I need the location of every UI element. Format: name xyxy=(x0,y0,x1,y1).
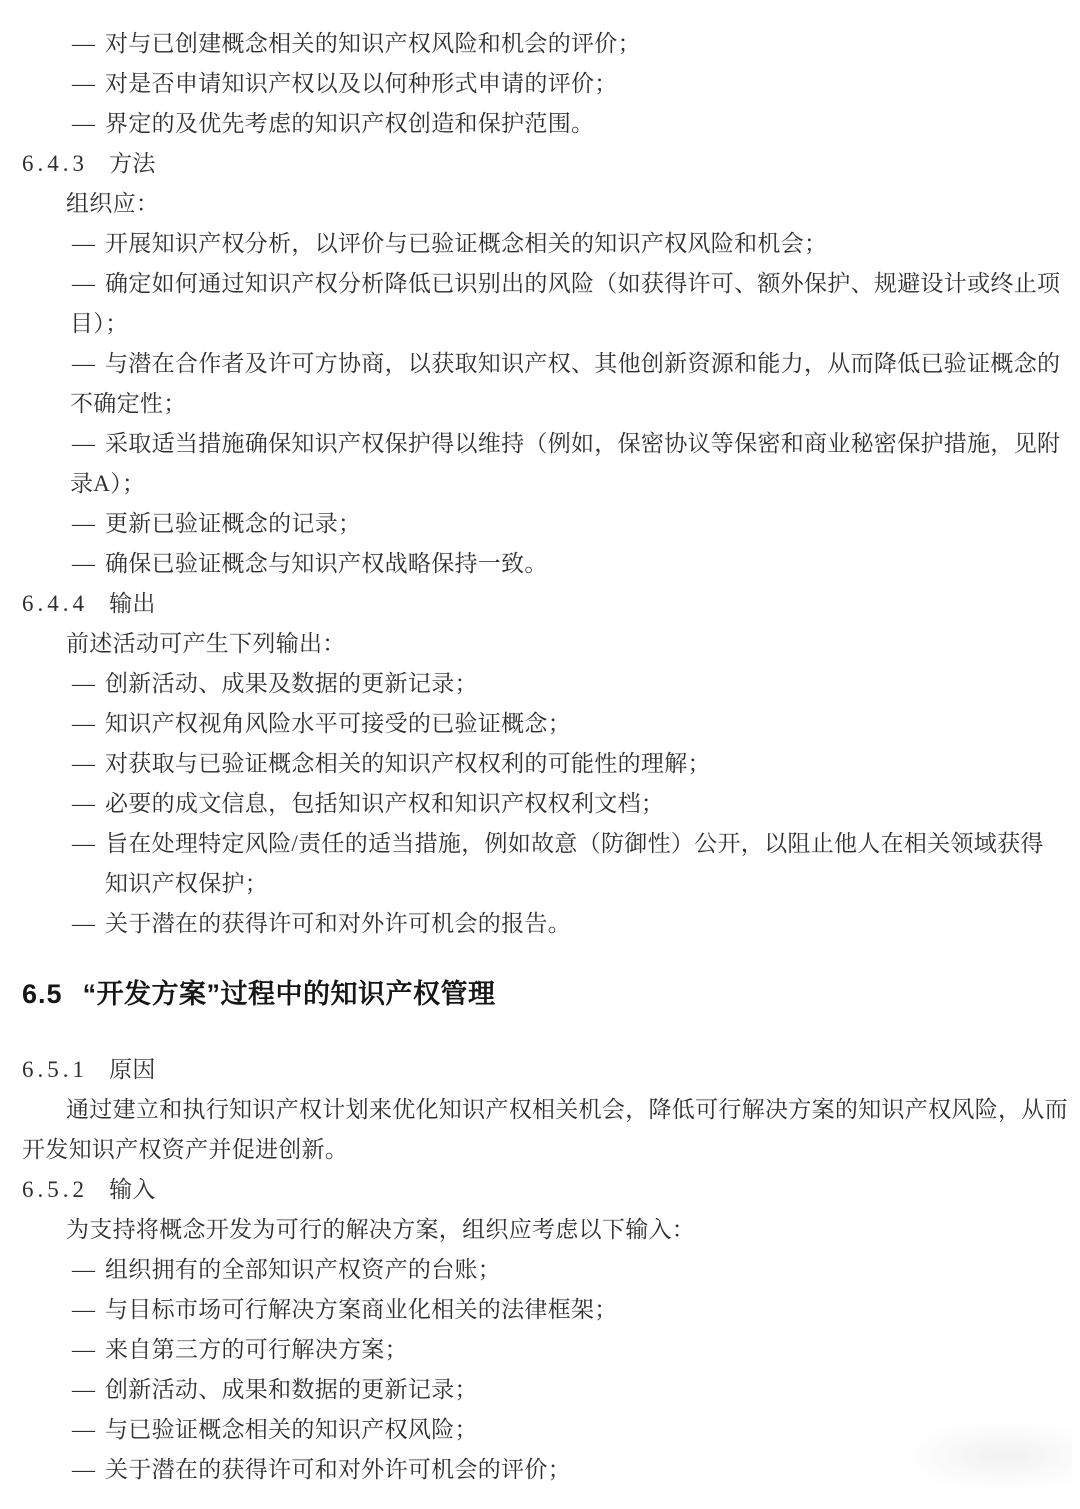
section-title: “开发方案”过程中的知识产权管理 xyxy=(83,979,496,1009)
bullet-dash-icon: — xyxy=(72,64,95,104)
list-item: — 创新活动、成果和数据的更新记录； xyxy=(22,1370,1054,1410)
list-item-text: 界定的及优先考虑的知识产权创造和保护范围。 xyxy=(105,111,594,136)
list-item-continuation: 目）； xyxy=(22,304,1054,344)
list-item: — 创新活动、成果及数据的更新记录； xyxy=(22,664,1054,704)
list-item-text: 关于潜在的获得许可和对外许可机会的报告。 xyxy=(105,911,571,936)
list-item: — 对是否申请知识产权以及以何种形式申请的评价； xyxy=(22,64,1054,104)
bullet-dash-icon: — xyxy=(72,1330,95,1370)
section-title: 方法 xyxy=(109,151,156,176)
list-item-text: 对与已创建概念相关的知识产权风险和机会的评价； xyxy=(105,31,641,56)
list-item: — 与潜在合作者及许可方协商，以获取知识产权、其他创新资源和能力，从而降低已验证… xyxy=(22,344,1054,384)
section-number: 6.5.1 xyxy=(22,1057,88,1082)
list-item: — 对获取与已验证概念相关的知识产权权利的可能性的理解； xyxy=(22,744,1054,784)
list-item-text: 对获取与已验证概念相关的知识产权权利的可能性的理解； xyxy=(105,751,711,776)
bullet-dash-icon: — xyxy=(72,1410,95,1450)
list-item: — 组织拥有的全部知识产权资产的台账； xyxy=(22,1250,1054,1290)
paragraph: 通过建立和执行知识产权计划来优化知识产权相关机会，降低可行解决方案的知识产权风险… xyxy=(22,1090,1054,1130)
bullet-dash-icon: — xyxy=(72,744,95,784)
list-item-text: 与目标市场可行解决方案商业化相关的法律框架； xyxy=(105,1297,618,1322)
section-number: 6.5.2 xyxy=(22,1177,88,1202)
list-item-continuation: 知识产权保护； xyxy=(22,864,1054,904)
list-item: — 旨在处理特定风险/责任的适当措施，例如故意（防御性）公开，以阻止他人在相关领… xyxy=(22,824,1054,864)
section-number: 6.5 xyxy=(22,979,63,1009)
bullet-dash-icon: — xyxy=(72,544,95,584)
list-item: — 界定的及优先考虑的知识产权创造和保护范围。 xyxy=(22,104,1054,144)
bullet-dash-icon: — xyxy=(72,1250,95,1290)
list-item-text: 确保已验证概念与知识产权战略保持一致。 xyxy=(105,551,548,576)
section-heading-6-5: 6.5 “开发方案”过程中的知识产权管理 xyxy=(22,974,1054,1014)
bullet-dash-icon: — xyxy=(72,784,95,824)
list-item: — 与目标市场可行解决方案商业化相关的法律框架； xyxy=(22,1290,1054,1330)
list-item-text: 来自第三方的可行解决方案； xyxy=(105,1337,408,1362)
list-item: — 开展知识产权分析，以评价与已验证概念相关的知识产权风险和机会； xyxy=(22,224,1054,264)
list-item-text: 知识产权视角风险水平可接受的已验证概念； xyxy=(105,711,571,736)
list-item-continuation: 不确定性； xyxy=(22,384,1054,424)
bullet-dash-icon: — xyxy=(72,264,95,304)
list-item: — 关于潜在的获得许可和对外许可机会的评价； xyxy=(22,1450,1054,1490)
section-heading-6-4-4: 6.4.4 输出 xyxy=(22,584,1054,624)
list-item: — 知识产权视角风险水平可接受的已验证概念； xyxy=(22,704,1054,744)
section-heading-6-5-1: 6.5.1 原因 xyxy=(22,1050,1054,1090)
bullet-dash-icon: — xyxy=(72,904,95,944)
list-item: — 更新已验证概念的记录； xyxy=(22,504,1054,544)
paragraph-continuation: 开发知识产权资产并促进创新。 xyxy=(22,1130,1054,1170)
section-number: 6.4.4 xyxy=(22,591,88,616)
paragraph: 前述活动可产生下列输出： xyxy=(22,624,1054,664)
list-item: — 必要的成文信息，包括知识产权和知识产权权利文档； xyxy=(22,784,1054,824)
list-item-text: 更新已验证概念的记录； xyxy=(105,511,361,536)
section-title: 原因 xyxy=(109,1057,156,1082)
bullet-dash-icon: — xyxy=(72,1450,95,1490)
list-item-text: 旨在处理特定风险/责任的适当措施，例如故意（防御性）公开，以阻止他人在相关领域获… xyxy=(105,831,1044,856)
list-item-text: 与潜在合作者及许可方协商，以获取知识产权、其他创新资源和能力，从而降低已验证概念… xyxy=(105,351,1060,376)
bullet-dash-icon: — xyxy=(72,1290,95,1330)
list-item-text: 创新活动、成果及数据的更新记录； xyxy=(105,671,478,696)
bullet-dash-icon: — xyxy=(72,24,95,64)
list-item-text: 开展知识产权分析，以评价与已验证概念相关的知识产权风险和机会； xyxy=(105,231,827,256)
section-title: 输出 xyxy=(109,591,156,616)
list-item: — 与已验证概念相关的知识产权风险； xyxy=(22,1410,1054,1450)
list-item-text: 组织拥有的全部知识产权资产的台账； xyxy=(105,1257,501,1282)
paragraph: 组织应： xyxy=(22,184,1054,224)
section-heading-6-5-2: 6.5.2 输入 xyxy=(22,1170,1054,1210)
list-item-continuation: 录A）； xyxy=(22,464,1054,504)
paragraph: 为支持将概念开发为可行的解决方案，组织应考虑以下输入： xyxy=(22,1210,1054,1250)
list-item-text: 与已验证概念相关的知识产权风险； xyxy=(105,1417,478,1442)
bullet-dash-icon: — xyxy=(72,104,95,144)
list-item-text: 必要的成文信息，包括知识产权和知识产权权利文档； xyxy=(105,791,664,816)
list-item: — 关于潜在的获得许可和对外许可机会的报告。 xyxy=(22,904,1054,944)
list-item-text: 创新活动、成果和数据的更新记录； xyxy=(105,1377,478,1402)
bullet-dash-icon: — xyxy=(72,424,95,464)
section-heading-6-4-3: 6.4.3 方法 xyxy=(22,144,1054,184)
section-number: 6.4.3 xyxy=(22,151,88,176)
document-page: — 对与已创建概念相关的知识产权风险和机会的评价； — 对是否申请知识产权以及以… xyxy=(0,0,1080,1509)
list-item-text: 关于潜在的获得许可和对外许可机会的评价； xyxy=(105,1457,571,1482)
bullet-dash-icon: — xyxy=(72,504,95,544)
list-item: — 对与已创建概念相关的知识产权风险和机会的评价； xyxy=(22,24,1054,64)
bullet-dash-icon: — xyxy=(72,664,95,704)
list-item: — 采取适当措施确保知识产权保护得以维持（例如，保密协议等保密和商业秘密保护措施… xyxy=(22,424,1054,464)
bullet-dash-icon: — xyxy=(72,704,95,744)
bullet-dash-icon: — xyxy=(72,1370,95,1410)
list-item: — 确保已验证概念与知识产权战略保持一致。 xyxy=(22,544,1054,584)
bullet-dash-icon: — xyxy=(72,824,95,864)
list-item-text: 确定如何通过知识产权分析降低已识别出的风险（如获得许可、额外保护、规避设计或终止… xyxy=(105,271,1060,296)
list-item: — 来自第三方的可行解决方案； xyxy=(22,1330,1054,1370)
bullet-dash-icon: — xyxy=(72,224,95,264)
bullet-dash-icon: — xyxy=(72,344,95,384)
list-item-text: 对是否申请知识产权以及以何种形式申请的评价； xyxy=(105,71,618,96)
list-item-text: 采取适当措施确保知识产权保护得以维持（例如，保密协议等保密和商业秘密保护措施，见… xyxy=(105,431,1060,456)
section-title: 输入 xyxy=(109,1177,156,1202)
list-item: — 确定如何通过知识产权分析降低已识别出的风险（如获得许可、额外保护、规避设计或… xyxy=(22,264,1054,304)
